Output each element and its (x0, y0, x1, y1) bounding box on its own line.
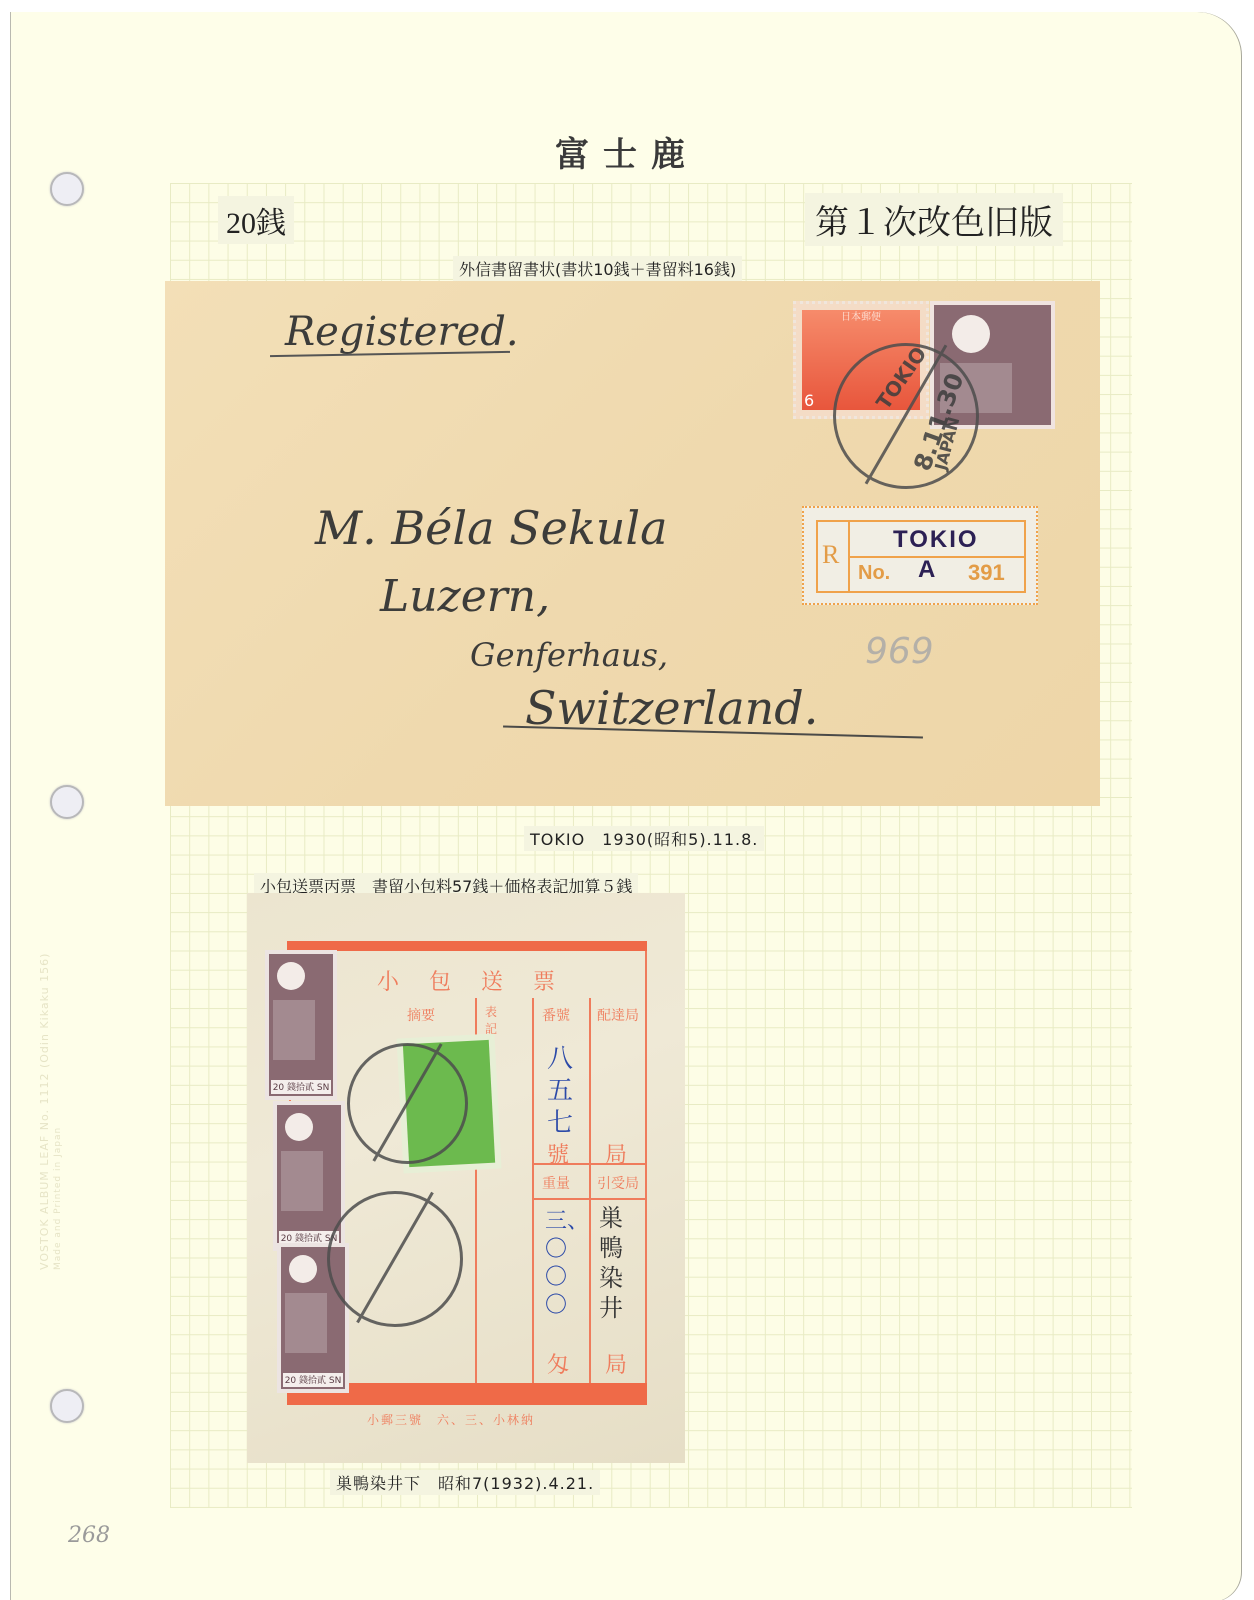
punch-hole (50, 172, 84, 206)
punch-hole (50, 1389, 84, 1423)
chrysanthemum-icon (952, 315, 990, 353)
handwritten-number: 八五七 (547, 1043, 577, 1139)
stamp-20-sen-fuji-deer: 20 錢拾貳 SN (265, 950, 337, 1100)
series-label: 第１次改色旧版 (805, 193, 1063, 246)
address-line-3: Genferhaus, (470, 636, 668, 674)
item1-caption-bottom: TOKIO 1930(昭和5).11.8. (524, 826, 764, 851)
page-title: 富士鹿 (0, 127, 1254, 176)
postmark-tokio: TOKIO 8.11.30 JAPAN (833, 343, 979, 489)
handwritten-page-number: 268 (68, 1523, 110, 1548)
handwritten-office: 巣鴨染井 (599, 1203, 629, 1323)
mount-fuji-icon (281, 1151, 323, 1211)
header-delivery-office: 配達局 (597, 1005, 639, 1025)
form-printer-imprint: 小郵三號 六、三、小林納 (367, 1411, 535, 1428)
chrysanthemum-icon (277, 962, 305, 990)
chrysanthemum-icon (289, 1255, 317, 1283)
registration-label: R TOKIO No. A 391 (802, 506, 1038, 605)
chrysanthemum-icon (285, 1113, 313, 1141)
pencil-note: 969 (865, 631, 934, 672)
handwritten-weight: 三、〇〇〇 (545, 1208, 575, 1320)
header-declared: 表記 (485, 1003, 505, 1037)
header-accepting-office: 引受局 (597, 1173, 639, 1193)
parcel-receipt: 小包送票 配達局 番號 表記 摘要 引受局 重量 八五七 號 局 三、〇〇〇 匁… (247, 893, 685, 1463)
punch-hole (50, 785, 84, 819)
header-remarks: 摘要 (407, 1005, 435, 1025)
registered-cover: Registered. 日本郵便 6 TOKIO 8.11.30 JAPAN R… (165, 281, 1100, 806)
header-number: 番號 (542, 1005, 570, 1025)
registered-note: Registered. (285, 309, 519, 355)
form-title: 小包送票 (377, 965, 585, 996)
album-leaf-imprint: VOSTOK ALBUM LEAF No. 1112 (Odin Kikaku … (38, 950, 78, 1270)
postmark-sugamo (347, 1043, 468, 1164)
address-line-2: Luzern, (380, 571, 550, 622)
mount-fuji-icon (285, 1293, 327, 1353)
item2-caption-bottom: 巣鴨染井下 昭和7(1932).4.21. (330, 1470, 600, 1495)
item1-caption-top: 外信書留書状(書状10銭＋書留料16銭) (453, 256, 742, 281)
postmark-sugamo (327, 1191, 463, 1327)
address-line-1: M. Béla Sekula (315, 501, 668, 555)
header-weight: 重量 (542, 1173, 570, 1193)
denomination-label: 20銭 (218, 196, 294, 244)
mount-fuji-icon (273, 1000, 315, 1060)
